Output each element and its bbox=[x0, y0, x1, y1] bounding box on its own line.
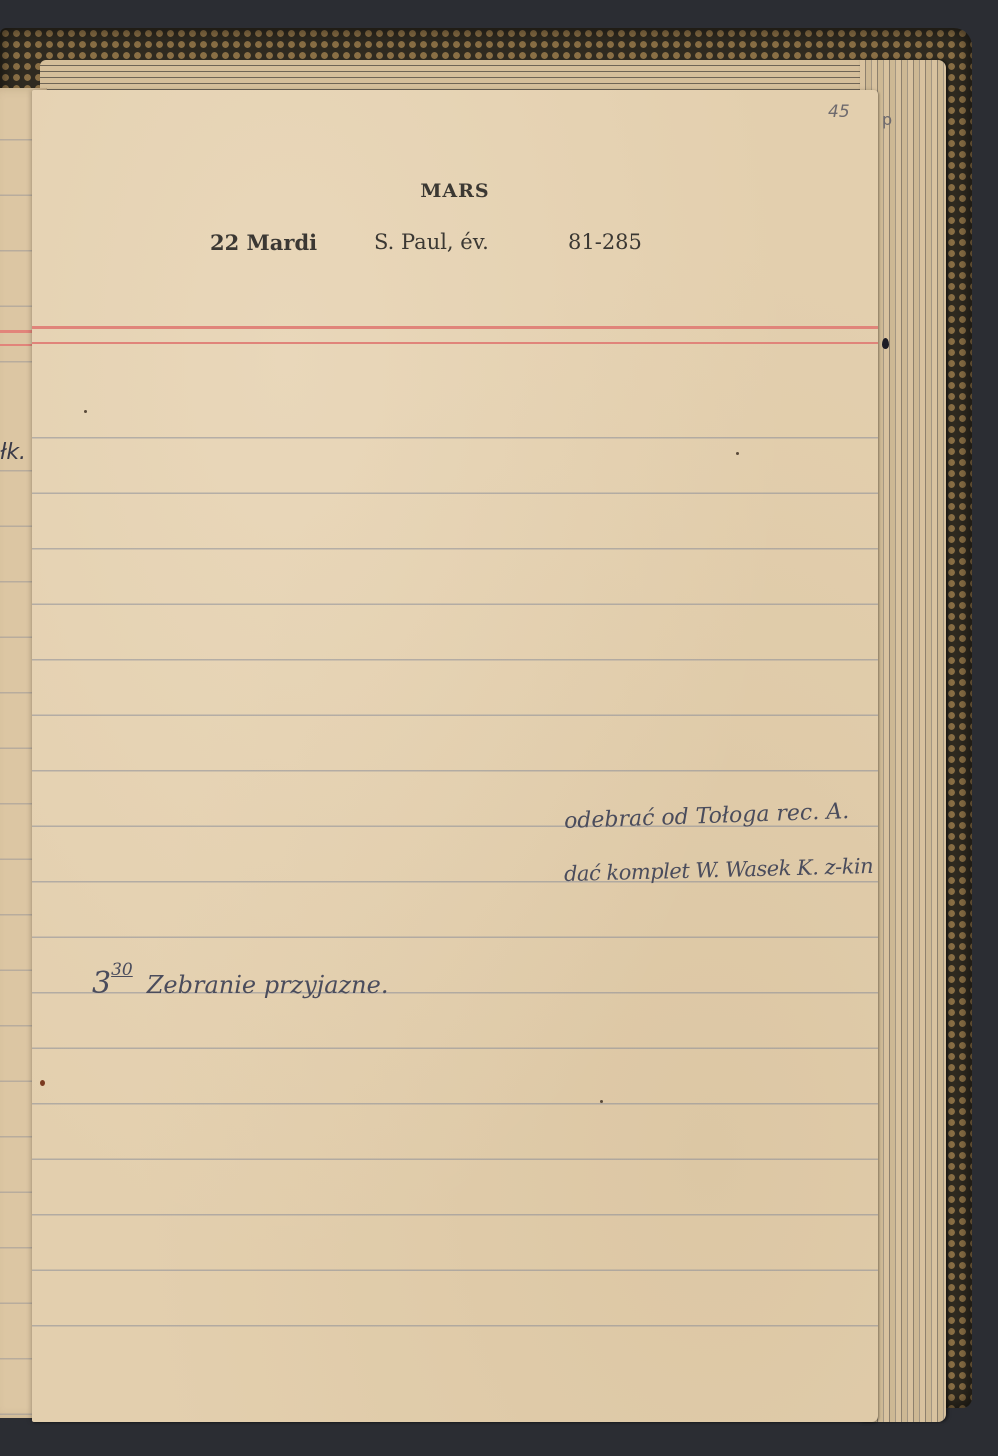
entry-time-hour: 3 bbox=[92, 966, 111, 1001]
diary-page: 45 p MARS 22 Mardi S. Paul, év. 81-285 o… bbox=[32, 90, 878, 1422]
entry-text: Zebranie przyjazne. bbox=[147, 971, 389, 999]
month-heading: MARS bbox=[32, 180, 878, 202]
paper-speck bbox=[40, 1080, 45, 1086]
day-header: 22 Mardi S. Paul, év. 81-285 bbox=[32, 230, 878, 260]
day-label: 22 Mardi bbox=[210, 230, 317, 255]
red-header-rule bbox=[32, 342, 878, 344]
red-header-rule bbox=[32, 326, 878, 329]
day-count: 81-285 bbox=[568, 230, 642, 254]
paper-speck bbox=[736, 452, 739, 455]
handwritten-entry-timed: 330Zebranie przyjazne. bbox=[92, 960, 388, 1001]
entry-time-minutes: 30 bbox=[111, 960, 133, 980]
saint-of-day: S. Paul, év. bbox=[374, 230, 489, 254]
paper-speck bbox=[600, 1100, 603, 1103]
margin-mark: p bbox=[882, 110, 892, 129]
page-number: 45 bbox=[828, 102, 850, 122]
ink-blot bbox=[882, 338, 889, 349]
left-page-handwriting: łk. bbox=[0, 440, 26, 465]
paper-speck bbox=[84, 410, 87, 413]
